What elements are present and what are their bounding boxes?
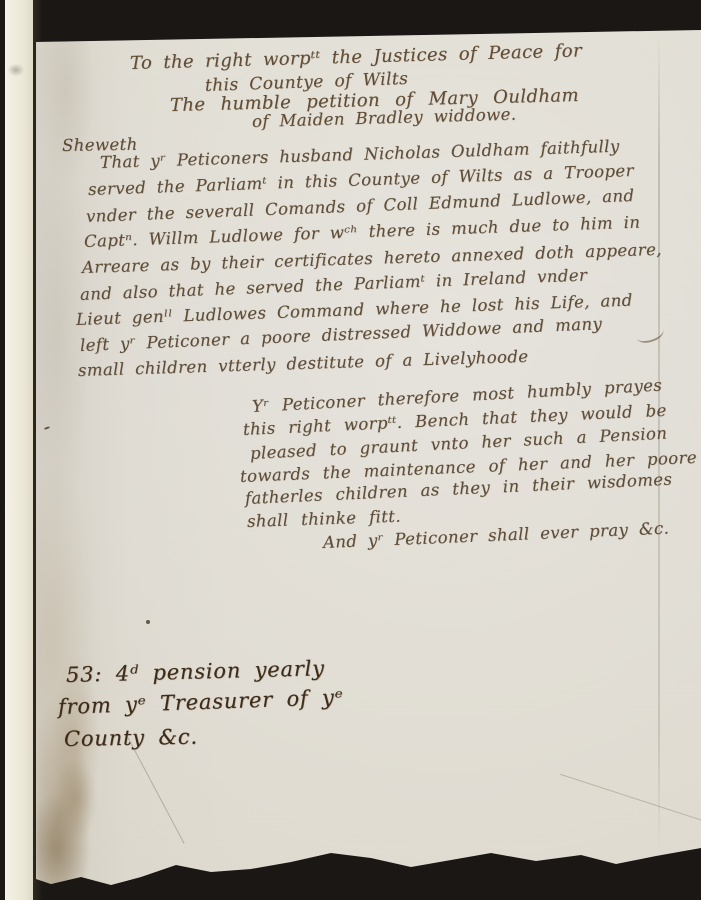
vertical-crease: [658, 34, 660, 856]
pencil-smudge: [4, 58, 30, 84]
bottom-left-stain: [36, 730, 156, 890]
diagonal-crease-right: [560, 774, 701, 827]
ink-speck: [146, 620, 150, 624]
manuscript-photograph: To the right worpᵗᵗ the Justices of Peac…: [0, 0, 701, 900]
annotation-line-3: County &c.: [64, 725, 198, 751]
